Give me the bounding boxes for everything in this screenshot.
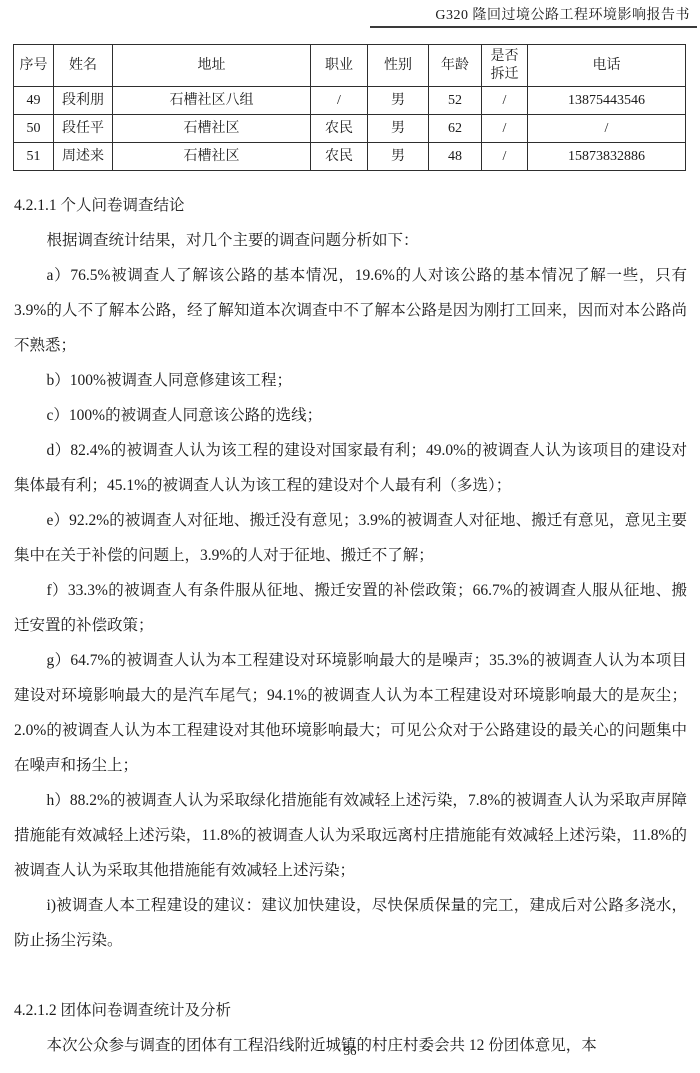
cell-address: 石槽社区 xyxy=(113,143,311,171)
cell-gender: 男 xyxy=(368,143,429,171)
paragraph-e: e）92.2%的被调查人对征地、搬迁没有意见；3.9%的被调查人对征地、搬迁有意… xyxy=(14,503,687,573)
cell-age: 62 xyxy=(429,115,482,143)
col-header-relocated: 是否拆迁 xyxy=(482,45,528,87)
table-row: 50 段任平 石槽社区 农民 男 62 / / xyxy=(14,115,686,143)
cell-name: 周述来 xyxy=(54,143,113,171)
header-title: G320 隆回过境公路工程环境影响报告书 xyxy=(435,8,690,23)
paragraph-intro: 根据调查统计结果，对几个主要的调查问题分析如下： xyxy=(14,223,687,258)
body-text: 4.2.1.1 个人问卷调查结论 根据调查统计结果，对几个主要的调查问题分析如下… xyxy=(14,188,687,1063)
cell-index: 51 xyxy=(14,143,54,171)
paragraph-i: i)被调查人本工程建设的建议：建议加快建设，尽快保质保量的完工，建成后对公路多浇… xyxy=(14,888,687,958)
paragraph-a: a）76.5%被调查人了解该公路的基本情况，19.6%的人对该公路的基本情况了解… xyxy=(14,258,687,363)
cell-index: 50 xyxy=(14,115,54,143)
cell-gender: 男 xyxy=(368,115,429,143)
col-header-occupation: 职业 xyxy=(311,45,368,87)
page-number: 56 xyxy=(344,1043,357,1058)
section-individual-survey-conclusion: 4.2.1.1 个人问卷调查结论 根据调查统计结果，对几个主要的调查问题分析如下… xyxy=(14,188,687,958)
document-page: G320 隆回过境公路工程环境影响报告书 序号 姓名 地址 职业 性别 年龄 是… xyxy=(0,0,700,1073)
header-rule: G320 隆回过境公路工程环境影响报告书 xyxy=(370,4,697,28)
section-heading: 4.2.1.1 个人问卷调查结论 xyxy=(14,188,687,223)
cell-occupation: 农民 xyxy=(311,143,368,171)
cell-address: 石槽社区 xyxy=(113,115,311,143)
col-header-index: 序号 xyxy=(14,45,54,87)
cell-address: 石槽社区八组 xyxy=(113,87,311,115)
table-header-row: 序号 姓名 地址 职业 性别 年龄 是否拆迁 电话 xyxy=(14,45,686,87)
col-header-name: 姓名 xyxy=(54,45,113,87)
cell-phone: / xyxy=(528,115,686,143)
col-header-age: 年龄 xyxy=(429,45,482,87)
cell-relocated: / xyxy=(482,143,528,171)
paragraph-g: g）64.7%的被调查人认为本工程建设对环境影响最大的是噪声；35.3%的被调查… xyxy=(14,643,687,783)
cell-gender: 男 xyxy=(368,87,429,115)
cell-age: 52 xyxy=(429,87,482,115)
page-footer: 56 xyxy=(0,1043,700,1059)
cell-phone: 15873832886 xyxy=(528,143,686,171)
cell-occupation: 农民 xyxy=(311,115,368,143)
cell-relocated: / xyxy=(482,115,528,143)
paragraph-f: f）33.3%的被调查人有条件服从征地、搬迁安置的补偿政策；66.7%的被调查人… xyxy=(14,573,687,643)
cell-occupation: / xyxy=(311,87,368,115)
paragraph-c: c）100%的被调查人同意该公路的选线； xyxy=(14,398,687,433)
table-row: 51 周述来 石槽社区 农民 男 48 / 15873832886 xyxy=(14,143,686,171)
paragraph-d: d）82.4%的被调查人认为该工程的建设对国家最有利；49.0%的被调查人认为该… xyxy=(14,433,687,503)
cell-age: 48 xyxy=(429,143,482,171)
cell-name: 段利朋 xyxy=(54,87,113,115)
col-header-phone: 电话 xyxy=(528,45,686,87)
cell-name: 段任平 xyxy=(54,115,113,143)
paragraph-h: h）88.2%的被调查人认为采取绿化措施能有效减轻上述污染，7.8%的被调查人认… xyxy=(14,783,687,888)
cell-index: 49 xyxy=(14,87,54,115)
section-heading: 4.2.1.2 团体问卷调查统计及分析 xyxy=(14,993,687,1028)
paragraph-b: b）100%被调查人同意修建该工程； xyxy=(14,363,687,398)
cell-phone: 13875443546 xyxy=(528,87,686,115)
page-header: G320 隆回过境公路工程环境影响报告书 xyxy=(0,0,700,28)
col-header-address: 地址 xyxy=(113,45,311,87)
survey-respondents-table: 序号 姓名 地址 职业 性别 年龄 是否拆迁 电话 49 段利朋 石槽社区八组 … xyxy=(13,44,686,171)
col-header-gender: 性别 xyxy=(368,45,429,87)
cell-relocated: / xyxy=(482,87,528,115)
table-row: 49 段利朋 石槽社区八组 / 男 52 / 13875443546 xyxy=(14,87,686,115)
